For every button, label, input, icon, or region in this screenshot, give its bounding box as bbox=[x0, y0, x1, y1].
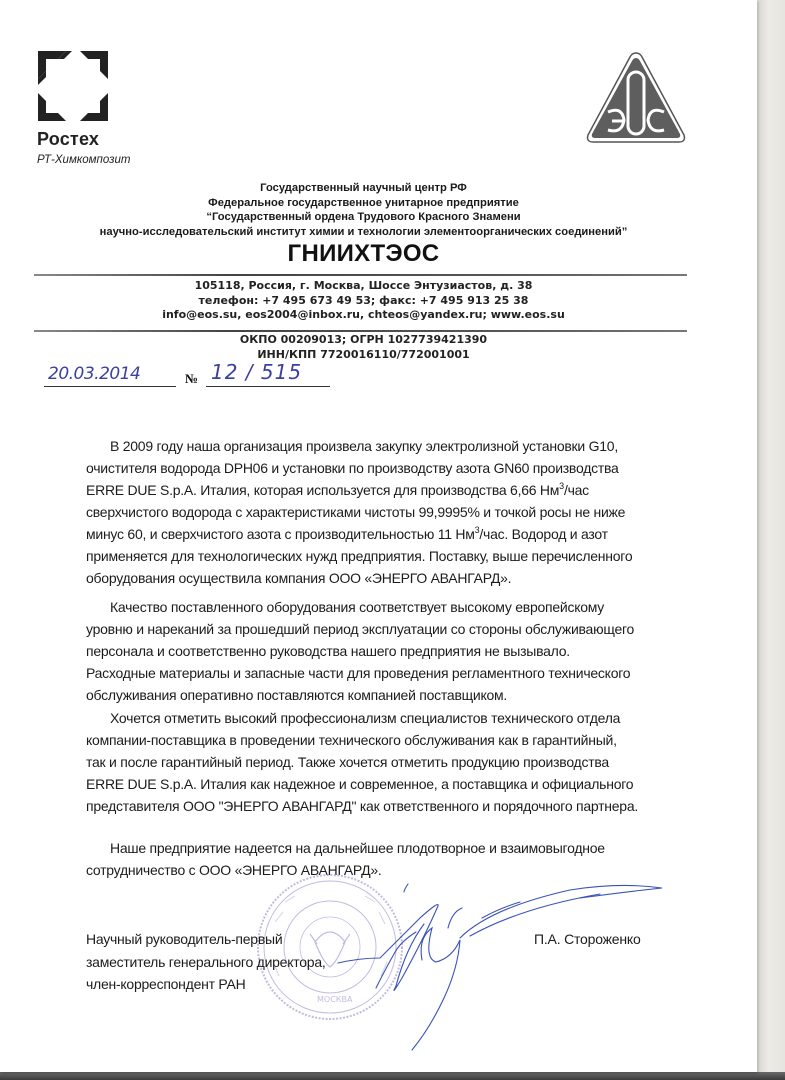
text-line: Наше предприятие надеется на дальнейшее … bbox=[86, 837, 716, 859]
text-line: сверхчистого водорода с характеристиками… bbox=[86, 501, 716, 523]
paragraph-1: В 2009 году наша организация произвела з… bbox=[86, 435, 716, 589]
text-line: представителя ООО "ЭНЕРГО АВАНГАРД" как … bbox=[86, 795, 716, 817]
org-line: научно-исследовательский институт химии … bbox=[0, 225, 727, 240]
text-segment: минус 60, и сверхчистого азота с произво… bbox=[86, 526, 475, 542]
text-line: ERRE DUE S.p.A. Италия, которая использу… bbox=[86, 479, 716, 501]
email-web-line: info@eos.su, eos2004@inbox.ru, chteos@ya… bbox=[0, 308, 727, 323]
rostec-square-logo-icon bbox=[38, 51, 108, 121]
header-divider bbox=[34, 274, 687, 276]
handwritten-reference-number: 12 / 515 bbox=[211, 360, 302, 384]
org-line: Федеральное государственное унитарное пр… bbox=[0, 196, 727, 211]
rostec-brand-name: Ростех bbox=[37, 129, 99, 150]
text-line: Расходные материалы и запасные части для… bbox=[86, 662, 716, 684]
organization-name-block: Государственный научный центр РФ Федерал… bbox=[0, 181, 727, 240]
text-line: персонала и соответственно руководства н… bbox=[86, 640, 716, 662]
outgoing-reference: 20.03.2014 № 12 / 515 bbox=[28, 360, 348, 390]
phone-fax-line: телефон: +7 495 673 49 53; факс: +7 495 … bbox=[0, 294, 727, 309]
text-line: минус 60, и сверхчистого азота с произво… bbox=[86, 523, 716, 545]
number-underline bbox=[206, 386, 330, 387]
rostec-subsidiary-name: РТ-Химкомпозит bbox=[37, 154, 130, 166]
eos-triangle-logo-icon bbox=[584, 50, 688, 146]
okpo-ogrn-line: ОКПО 00209013; ОГРН 1027739421390 bbox=[0, 333, 727, 348]
paragraph-3: Хочется отметить высокий профессионализм… bbox=[86, 707, 716, 817]
text-line: применяется для технологических нужд пре… bbox=[86, 545, 716, 567]
text-segment: ERRE DUE S.p.A. Италия, которая использу… bbox=[86, 482, 559, 498]
scan-background-right bbox=[758, 0, 785, 1072]
signatory-name: П.А. Стороженко bbox=[534, 931, 641, 947]
registration-info: ОКПО 00209013; ОГРН 1027739421390 ИНН/КП… bbox=[0, 333, 727, 362]
date-underline bbox=[44, 386, 176, 387]
paragraph-2: Качество поставленного оборудования соот… bbox=[86, 596, 716, 706]
text-line: ERRE DUE S.p.A. Италия как надежное и со… bbox=[86, 773, 716, 795]
text-line: оборудования осуществила компания ООО «Э… bbox=[86, 567, 716, 589]
text-line: очистителя водорода DPH06 и установки по… bbox=[86, 457, 716, 479]
handwritten-date: 20.03.2014 bbox=[48, 364, 140, 384]
text-line: Качество поставленного оборудования соот… bbox=[86, 596, 716, 618]
contact-info: 105118, Россия, г. Москва, Шоссе Энтузиа… bbox=[0, 279, 727, 323]
text-line: В 2009 году наша организация произвела з… bbox=[86, 435, 716, 457]
number-sign: № bbox=[185, 371, 198, 387]
letter-page: Ростех РТ-Химкомпозит Государственный на… bbox=[0, 0, 757, 1072]
scan-background-bottom bbox=[0, 1072, 785, 1080]
text-line: обслуживания оперативно поставляются ком… bbox=[86, 684, 716, 706]
org-line: “Государственный ордена Трудового Красно… bbox=[0, 210, 727, 225]
text-line: уровню и нареканий за прошедший период э… bbox=[86, 618, 716, 640]
text-line: компании-поставщика в проведении техниче… bbox=[86, 729, 716, 751]
contacts-divider bbox=[34, 330, 687, 332]
text-segment: /час. Водород и азот bbox=[479, 526, 607, 542]
text-line: так и после гарантийный период. Также хо… bbox=[86, 751, 716, 773]
org-line: Государственный научный центр РФ bbox=[0, 181, 727, 196]
handwritten-signature-icon bbox=[320, 878, 700, 1058]
address-line: 105118, Россия, г. Москва, Шоссе Энтузиа… bbox=[0, 279, 727, 294]
organization-abbreviation: ГНИИХТЭОС bbox=[0, 240, 727, 268]
text-line: Хочется отметить высокий профессионализм… bbox=[86, 707, 716, 729]
text-segment: /час bbox=[564, 482, 589, 498]
